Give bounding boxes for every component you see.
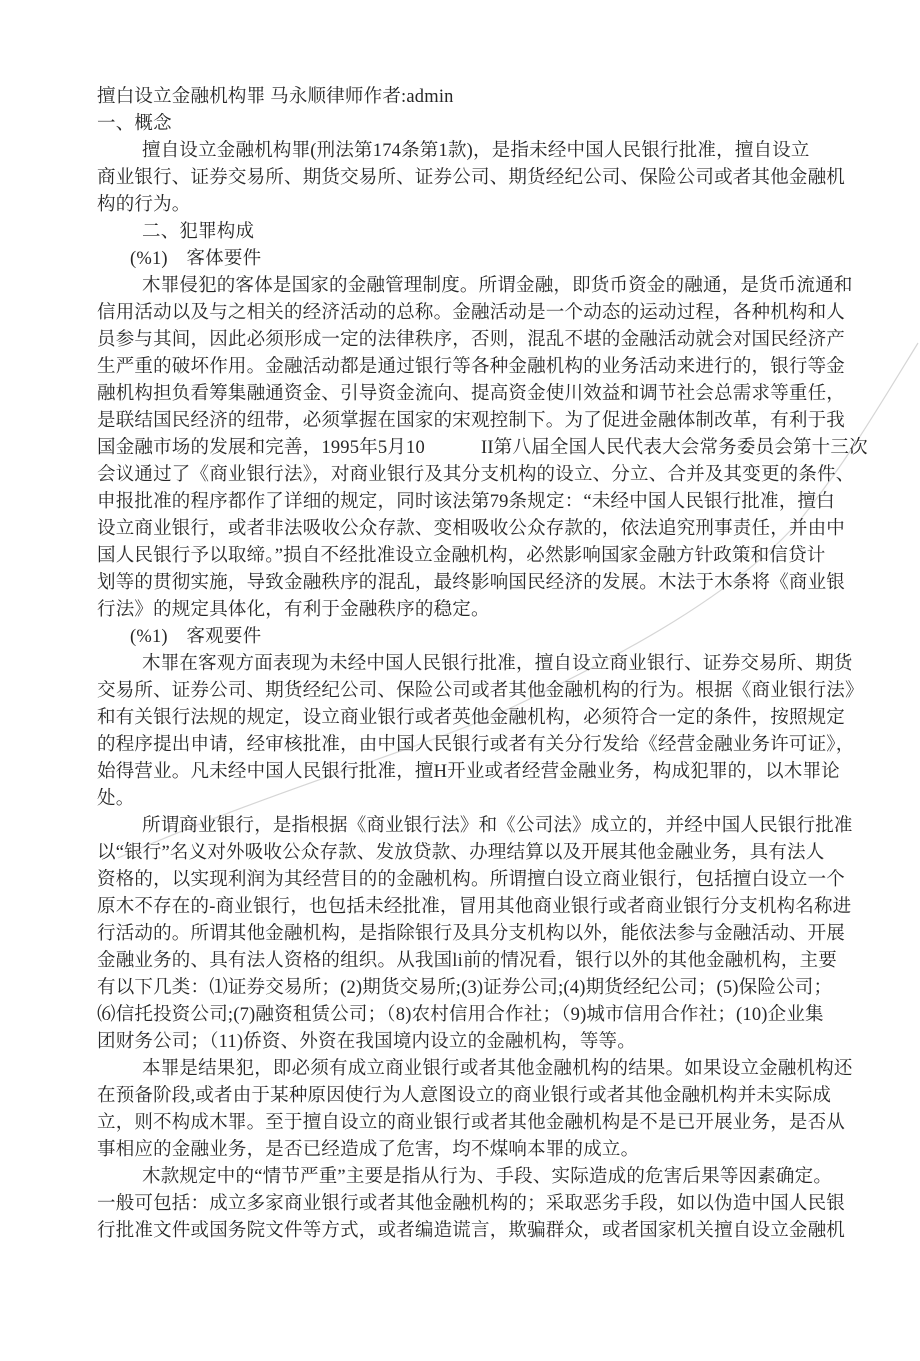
document-text-line: 行活动的。所谓其他金融机构，是指除银行及具分支机构以外，能依法参与金融活动、开展: [97, 921, 857, 948]
document-text-line: 二、犯罪构成: [97, 219, 857, 246]
document-text-line: 原木不存在的-商业银行，也包括未经批准，冒用其他商业银行或者商业银行分支机构名称…: [97, 894, 857, 921]
document-text-line: 立，则不构成木罪。至于擅自设立的商业银行或者其他金融机构是不是已开展业务，是否从: [97, 1110, 857, 1137]
document-text-line: 商业银行、证券交易所、期货交易所、证券公司、期货经纪公司、保险公司或者其他金融机: [97, 165, 857, 192]
document-text-line: 国金融市场的发展和完善，1995年5月10 II第八届全国人民代表大会常务委员会…: [97, 435, 857, 462]
document-text-line: 是联结国民经济的纽带，必须掌握在国家的宋观控制下。为了促进金融体制改革，有利于我: [97, 408, 857, 435]
document-text-line: 有以下几类：⑴证券交易所；(2)期货交易所;(3)证券公司;(4)期货经纪公司；…: [97, 975, 857, 1002]
document-text-line: 以“银行”名义对外吸收公众存款、发放贷款、办理结算以及开展其他金融业务，具有法人: [97, 840, 857, 867]
document-text-line: 一般可包括：成立多家商业银行或者其他金融机构的；采取恶劣手段，如以伪造中国人民银: [97, 1191, 857, 1218]
document-text-line: 团财务公司；（11)侨资、外资在我国境内设立的金融机构，等等。: [97, 1029, 857, 1056]
document-text-line: ⑹信托投资公司;(7)融资租赁公司；（8)农村信用合作社；（9)城市信用合作社；…: [97, 1002, 857, 1029]
scanned-document-page: 擅白设立金融机构罪 马永顺律师作者:admin一、概念擅自设立金融机构罪(刑法第…: [0, 0, 920, 1361]
document-text-line: 交易所、证券公司、期货经纪公司、保险公司或者其他金融机构的行为。根据《商业银行法…: [97, 678, 857, 705]
document-text-line: 员参与其间，因此必须形成一定的法律秩序，否则，混乱不堪的金融活动就会对国民经济产: [97, 327, 857, 354]
document-text-line: (%1) 客观要件: [97, 624, 857, 651]
document-text-line: 行法》的规定具体化，有利于金融秩序的稳定。: [97, 597, 857, 624]
document-text-line: 本罪是结果犯，即必须有成立商业银行或者其他金融机构的结果。如果设立金融机构还: [97, 1056, 857, 1083]
document-text-line: 木款规定中的“情节严重”主要是指从行为、手段、实际造成的危害后果等因素确定。: [97, 1164, 857, 1191]
document-text-line: 的程序提出申请，经审核批准，由中国人民银行或者有关分行发给《经营金融业务许可证》…: [97, 732, 857, 759]
document-text-line: (%1) 客体要件: [97, 246, 857, 273]
document-text-line: 一、概念: [97, 111, 857, 138]
document-text-line: 划等的贯彻实施，导致金融秩序的混乱，最终影响国民经济的发展。木法于木条将《商业银: [97, 570, 857, 597]
document-text-line: 生严重的破坏作用。金融活动都是通过银行等各种金融机构的业务活动来进行的，银行等金: [97, 354, 857, 381]
document-text-line: 和有关银行法规的规定，设立商业银行或者英他金融机构，必须符合一定的条件，按照规定: [97, 705, 857, 732]
document-text-block: 擅白设立金融机构罪 马永顺律师作者:admin一、概念擅自设立金融机构罪(刑法第…: [97, 84, 857, 1245]
document-text-line: 处。: [97, 786, 857, 813]
document-text-line: 所谓商业银行，是指根据《商业银行法》和《公司法》成立的，并经中国人民银行批准: [97, 813, 857, 840]
document-text-line: 国人民银行予以取缔。”损自不经批准设立金融机构，必然影响国家金融方针政策和信贷计: [97, 543, 857, 570]
document-text-line: 木罪在客观方面表现为未经中国人民银行批准，擅自设立商业银行、证券交易所、期货: [97, 651, 857, 678]
document-text-line: 行批准文件或国务院文件等方式，或者编造谎言，欺骗群众，或者国家机关擅自设立金融机: [97, 1218, 857, 1245]
document-text-line: 事相应的金融业务，是否已经造成了危害，均不煤响本罪的成立。: [97, 1137, 857, 1164]
document-text-line: 融机构担负看筹集融通资金、引导资金流向、提高资金使川效益和调节社会总需求等重任，: [97, 381, 857, 408]
document-text-line: 申报批准的程序都作了详细的规定，同时该法第79条规定：“未经中国人民银行批准，擅…: [97, 489, 857, 516]
document-text-line: 会议通过了《商业银行法》，对商业银行及其分支机构的设立、分立、合并及其变更的条件…: [97, 462, 857, 489]
document-title-line: 擅白设立金融机构罪 马永顺律师作者:admin: [97, 84, 857, 111]
document-text-line: 信用活动以及与之相关的经济活动的总称。金融活动是一个动态的运动过程，各种机构和人: [97, 300, 857, 327]
document-text-line: 在预备阶段,或者由于某种原因使行为人意图设立的商业银行或者其他金融机构并未实际成: [97, 1083, 857, 1110]
document-text-line: 设立商业银行，或者非法吸收公众存款、变相吸收公众存款的，依法追究刑事责任，并由中: [97, 516, 857, 543]
document-text-line: 木罪侵犯的客体是国家的金融管理制度。所谓金融，即货币资金的融通，是货币流通和: [97, 273, 857, 300]
document-text-line: 始得营业。凡未经中国人民银行批准，擅H开业或者经营金融业务，构成犯罪的，以木罪论: [97, 759, 857, 786]
document-text-line: 金融业务的、具有法人资格的组织。从我国li前的情况看，银行以外的其他金融机构，主…: [97, 948, 857, 975]
document-text-line: 资格的，以实现利润为其经营目的的金融机构。所谓擅白设立商业银行，包括擅白设立一个: [97, 867, 857, 894]
document-text-line: 构的行为。: [97, 192, 857, 219]
document-text-line: 擅自设立金融机构罪(刑法第174条第1款)，是指未经中国人民银行批准，擅自设立: [97, 138, 857, 165]
